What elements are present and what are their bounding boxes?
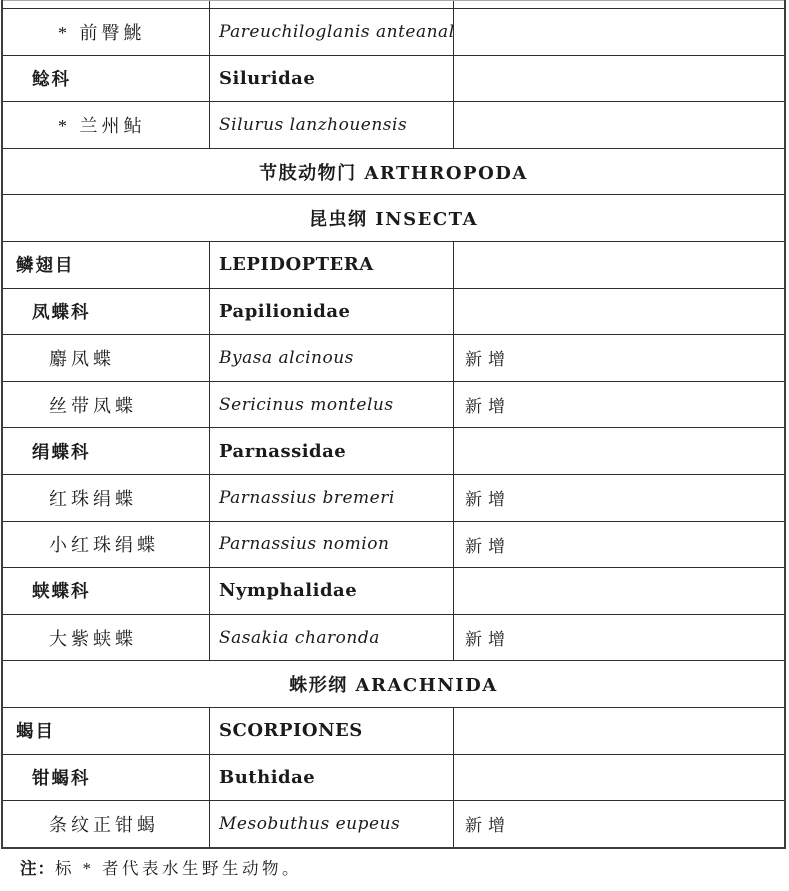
section-header-row: 蛛形纲 ARACHNIDA [3,660,784,707]
cell-chinese-name: 丝带凤蝶 [3,382,210,428]
cell-status: 新增 [454,335,784,381]
document-page: * 前臀鮡Pareuchiloglanis anteanalis鲶科Siluri… [0,0,789,891]
cell-status: 新增 [454,522,784,568]
cell-status: 新增 [454,801,784,847]
cell-latin-name: Silurus lanzhouensis [210,102,454,148]
table-row: 蛱蝶科Nymphalidae [3,567,784,614]
table-row: 凤蝶科Papilionidae [3,288,784,335]
cell-latin-name: Parnassius nomion [210,522,454,568]
cell-latin-name: Parnassidae [210,428,454,474]
cell-status [454,428,784,474]
cell-status [454,755,784,801]
table-row: * 兰州鲇Silurus lanzhouensis [3,101,784,148]
cell-chinese-name: 红珠绢蝶 [3,475,210,521]
cell-chinese-name: 蝎目 [3,708,210,754]
cell-status [454,289,784,335]
cell-chinese-name: 大紫蛱蝶 [3,615,210,661]
cell-latin-name: LEPIDOPTERA [210,242,454,288]
cell-chinese-name: 麝凤蝶 [3,335,210,381]
cell-latin-name: Byasa alcinous [210,335,454,381]
footnote: 注：标 * 者代表水生野生动物。 [20,856,302,882]
cell-chinese-name: 凤蝶科 [3,289,210,335]
cell-status [454,242,784,288]
cell-latin-name: Siluridae [210,56,454,102]
table-row: 鲶科Siluridae [3,55,784,102]
cell-latin-name: Mesobuthus eupeus [210,801,454,847]
cell-status [454,56,784,102]
table-row: 大紫蛱蝶Sasakia charonda新增 [3,614,784,661]
table-row [3,0,784,8]
table-row: 丝带凤蝶Sericinus montelus新增 [3,381,784,428]
table-row: 蝎目SCORPIONES [3,707,784,754]
cell-chinese-name: 小红珠绢蝶 [3,522,210,568]
table-row: 钳蝎科Buthidae [3,754,784,801]
table-row: 小红珠绢蝶Parnassius nomion新增 [3,521,784,568]
cell-chinese-name: 条纹正钳蝎 [3,801,210,847]
cell-status [454,708,784,754]
cell-latin-name: Nymphalidae [210,568,454,614]
footnote-prefix: 注： [20,860,55,878]
cell-chinese-name: 鲶科 [3,56,210,102]
cell-chinese-name: 鳞翅目 [3,242,210,288]
cell-status [454,102,784,148]
table-row: 麝凤蝶Byasa alcinous新增 [3,334,784,381]
cell-chinese-name [3,1,210,8]
cell-chinese-name: * 前臀鮡 [3,9,210,55]
table-row: 鳞翅目LEPIDOPTERA [3,241,784,288]
cell-latin-name: Sasakia charonda [210,615,454,661]
cell-status [454,9,784,55]
cell-latin-name: Pareuchiloglanis anteanalis [210,9,454,55]
section-header-label: 蛛形纲 ARACHNIDA [289,671,497,697]
cell-status: 新增 [454,615,784,661]
cell-chinese-name: 钳蝎科 [3,755,210,801]
cell-latin-name: Papilionidae [210,289,454,335]
cell-status: 新增 [454,475,784,521]
cell-latin-name [210,1,454,8]
cell-latin-name: Buthidae [210,755,454,801]
section-header-row: 节肢动物门 ARTHROPODA [3,148,784,195]
table-row: 绢蝶科Parnassidae [3,427,784,474]
cell-chinese-name: * 兰州鲇 [3,102,210,148]
section-header-label: 昆虫纲 INSECTA [309,205,478,231]
footnote-text: 标 * 者代表水生野生动物。 [55,859,302,878]
cell-status [454,568,784,614]
table-row: * 前臀鮡Pareuchiloglanis anteanalis [3,8,784,55]
cell-chinese-name: 绢蝶科 [3,428,210,474]
cell-latin-name: Parnassius bremeri [210,475,454,521]
species-table: * 前臀鮡Pareuchiloglanis anteanalis鲶科Siluri… [1,0,786,849]
cell-status [454,1,784,8]
cell-latin-name: Sericinus montelus [210,382,454,428]
cell-chinese-name: 蛱蝶科 [3,568,210,614]
section-header-row: 昆虫纲 INSECTA [3,194,784,241]
table-row: 条纹正钳蝎Mesobuthus eupeus新增 [3,800,784,847]
cell-status: 新增 [454,382,784,428]
table-row: 红珠绢蝶Parnassius bremeri新增 [3,474,784,521]
cell-latin-name: SCORPIONES [210,708,454,754]
section-header-label: 节肢动物门 ARTHROPODA [259,159,528,185]
